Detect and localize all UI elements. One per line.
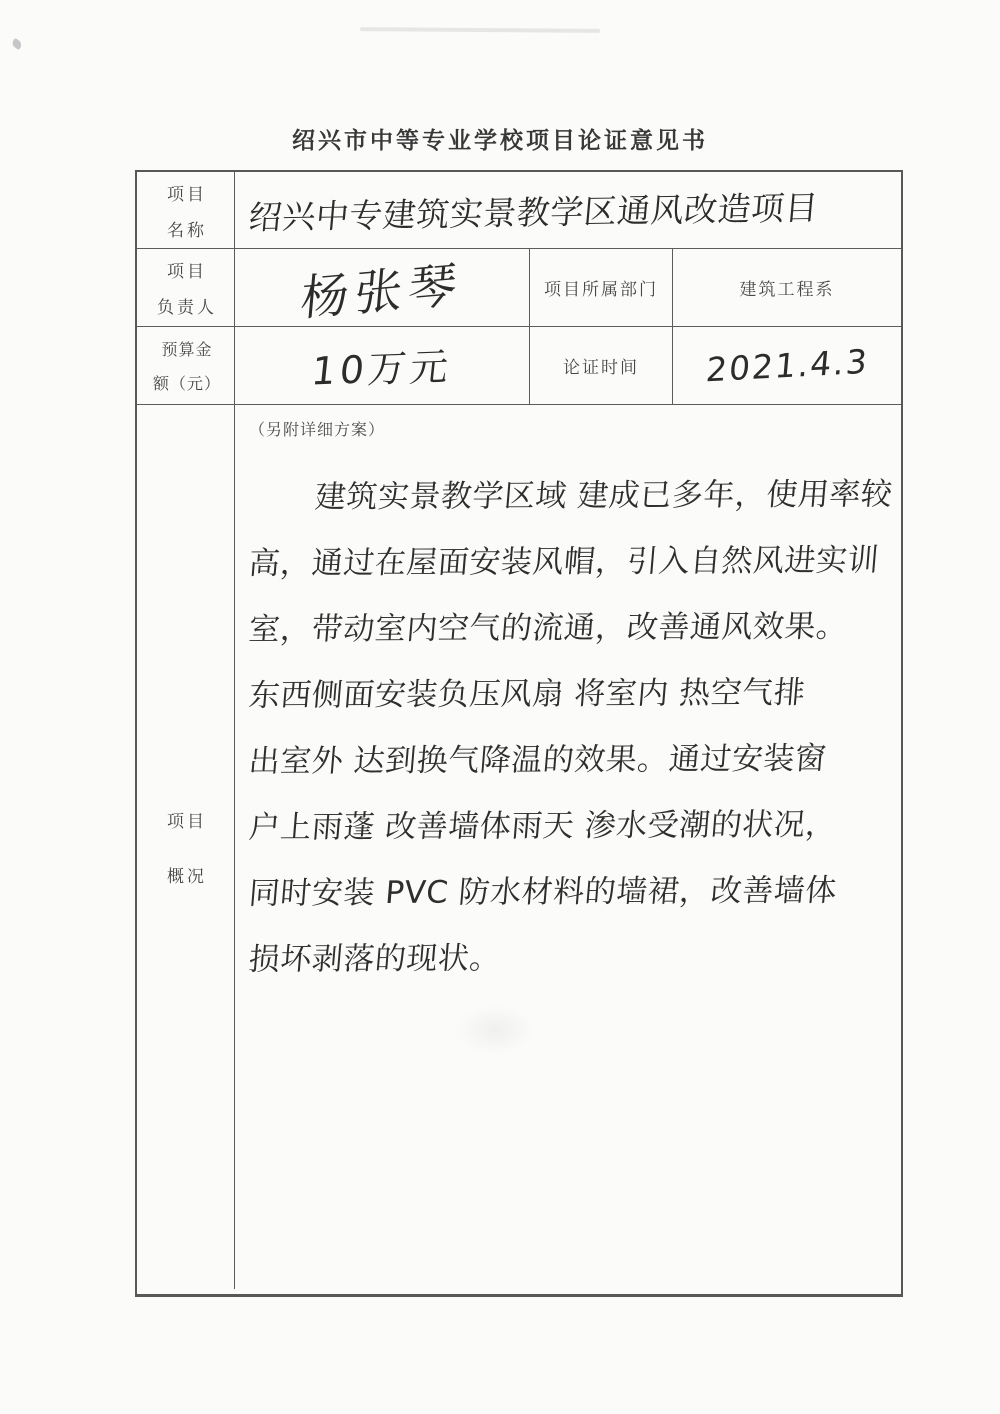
leader-value-cell: 杨张琴 xyxy=(234,249,529,326)
overview-line: 同时安装 PVC 防水材料的墙裙，改善墙体 xyxy=(246,857,897,926)
leader-signature-handwritten: 杨张琴 xyxy=(298,246,466,330)
overview-label-line2: 概况 xyxy=(164,862,207,887)
budget-label-line1: 预算金 xyxy=(158,337,212,360)
scanned-document-page: 绍兴市中等专业学校项目论证意见书 项目 名称 绍兴中专建筑实景教学区通风改造项目… xyxy=(0,0,1000,1414)
review-time-value-cell: 2021.4.3 xyxy=(672,327,901,404)
row-project-name: 项目 名称 绍兴中专建筑实景教学区通风改造项目 xyxy=(137,172,901,248)
overview-line: 出室外 达到换气降温的效果。通过安装窗 xyxy=(246,725,897,794)
review-time-handwritten-value: 2021.4.3 xyxy=(704,342,870,390)
page-title: 绍兴市中等专业学校项目论证意见书 xyxy=(0,122,1000,155)
scan-artifact xyxy=(11,38,24,50)
project-name-value-cell: 绍兴中专建筑实景教学区通风改造项目 xyxy=(234,172,901,248)
overview-label-line1: 项目 xyxy=(164,807,207,832)
project-name-handwritten-value: 绍兴中专建筑实景教学区通风改造项目 xyxy=(247,181,821,238)
overview-line: 户上雨蓬 改善墙体雨天 渗水受潮的状况， xyxy=(246,791,897,860)
budget-value-cell: 10万元 xyxy=(234,327,529,404)
overview-label-cell: 项目 概况 xyxy=(137,405,234,1289)
project-name-label-line1: 项目 xyxy=(164,180,207,205)
department-value: 建筑工程系 xyxy=(740,275,835,300)
overview-line: 室，带动室内空气的流通，改善通风效果。 xyxy=(246,593,897,662)
overview-handwritten-paragraph: 建筑实景教学区域 建成已多年，使用率较 高，通过在屋面安装风帽，引入自然风进实训… xyxy=(249,463,894,991)
budget-label-line2: 额（元） xyxy=(150,371,221,394)
row-leader-department: 项目 负责人 杨张琴 项目所属部门 建筑工程系 xyxy=(137,248,901,326)
row-budget-time: 预算金 额（元） 10万元 论证时间 2021.4.3 xyxy=(137,326,901,404)
row-overview: 项目 概况 （另附详细方案） 建筑实景教学区域 建成已多年，使用率较 高，通过在… xyxy=(137,404,901,1289)
department-label: 项目所属部门 xyxy=(544,275,658,300)
leader-label-cell: 项目 负责人 xyxy=(137,249,234,326)
overview-attachment-note: （另附详细方案） xyxy=(249,417,385,440)
project-name-label-line2: 名称 xyxy=(164,216,207,241)
review-time-label: 论证时间 xyxy=(563,353,639,378)
overview-content-cell: （另附详细方案） 建筑实景教学区域 建成已多年，使用率较 高，通过在屋面安装风帽… xyxy=(234,405,901,1289)
leader-label-line1: 项目 xyxy=(164,257,207,282)
overview-line: 东西侧面安装负压风扇 将室内 热空气排 xyxy=(246,659,897,728)
leader-label-line2: 负责人 xyxy=(154,293,217,318)
department-label-cell: 项目所属部门 xyxy=(529,249,672,326)
overview-line: 损坏剥落的现状。 xyxy=(246,923,897,992)
project-name-label-cell: 项目 名称 xyxy=(137,172,234,248)
scan-artifact xyxy=(360,27,600,33)
department-value-cell: 建筑工程系 xyxy=(672,249,901,326)
budget-label-cell: 预算金 额（元） xyxy=(137,327,234,404)
overview-line: 高，通过在屋面安装风帽，引入自然风进实训 xyxy=(246,527,897,596)
budget-handwritten-value: 10万元 xyxy=(309,335,455,395)
project-review-form-table: 项目 名称 绍兴中专建筑实景教学区通风改造项目 项目 负责人 杨张琴 项目所属部… xyxy=(135,170,903,1297)
overview-line: 建筑实景教学区域 建成已多年，使用率较 xyxy=(246,461,897,530)
review-time-label-cell: 论证时间 xyxy=(529,327,672,404)
